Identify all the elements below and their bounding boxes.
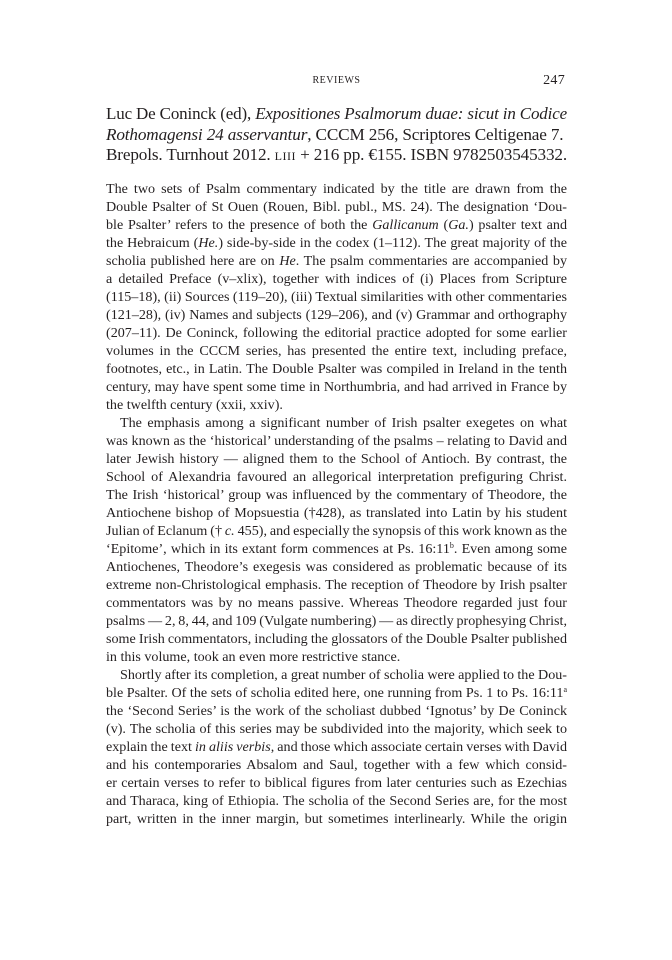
running-title: REVIEWS (106, 75, 567, 86)
citation-series: , CCCM 256, Scriptores Celtigenae 7. (307, 125, 563, 144)
page-number: 247 (543, 73, 565, 89)
review-body: The two sets of Psalm commentary indicat… (106, 180, 567, 828)
body-line: in this volume, took an even more restri… (106, 648, 567, 666)
body-line: explain the text in aliis verbis, and th… (106, 738, 567, 756)
body-line: psalms — 2, 8, 44, and 109 (Vulgate numb… (106, 612, 567, 630)
body-line: part, written in the inner margin, but s… (106, 810, 567, 828)
body-line: a detailed Preface (v–xlix), together wi… (106, 270, 567, 288)
body-line: Antiochene bishop of Mopsuestia (†428), … (106, 504, 567, 522)
body-line: The two sets of Psalm commentary indicat… (106, 180, 567, 198)
citation-line-1: Luc De Coninck (ed), Expositiones Psalmo… (106, 104, 561, 125)
body-line: er certain verses to refer to biblical f… (106, 774, 567, 792)
body-line: (115–18), (ii) Sources (119–20), (iii) T… (106, 288, 567, 306)
running-head: REVIEWS 247 (106, 74, 567, 90)
body-line: scholia published here are on He. The ps… (106, 252, 567, 270)
body-line: the twelfth century (xxii, xxiv). (106, 396, 567, 414)
review-citation: Luc De Coninck (ed), Expositiones Psalmo… (106, 104, 567, 166)
body-line: School of Alexandria favoured an allegor… (106, 468, 567, 486)
body-line: ble Psalter. Of the sets of scholia edit… (106, 684, 567, 702)
body-line: footnotes, etc., in Latin. The Double Ps… (106, 360, 567, 378)
citation-publisher: Brepols. Turnhout 2012. (106, 145, 275, 164)
body-line: (207–11). De Coninck, following the edit… (106, 324, 567, 342)
body-line: ‘Epitome’, which in its extant form comm… (106, 540, 567, 558)
body-line: volumes in the CCCM series, has presente… (106, 342, 567, 360)
citation-title-part-1: Expositiones Psalmorum duae: sicut in Co… (255, 104, 567, 123)
body-line: and his contemporaries Absalom and Saul,… (106, 756, 567, 774)
citation-roman-pages: LIII (275, 145, 296, 164)
body-line: and Tharaca, king of Ethiopia. The schol… (106, 792, 567, 810)
citation-title-part-2: Rothomagensi 24 asservantur (106, 125, 307, 144)
body-line: ble Psalter’ refers to the presence of b… (106, 216, 567, 234)
body-line: Shortly after its completion, a great nu… (106, 666, 567, 684)
body-line: Julian of Eclanum († c. 455), and especi… (106, 522, 567, 540)
body-line: some Irish commentators, including the g… (106, 630, 567, 648)
body-line: later Jewish history — aligned them to t… (106, 450, 567, 468)
body-line: Antiochenes, Theodore’s exegesis was con… (106, 558, 567, 576)
body-line: The emphasis among a significant number … (106, 414, 567, 432)
body-line: Double Psalter of St Ouen (Rouen, Bibl. … (106, 198, 567, 216)
body-line: extreme non-Christological emphasis. The… (106, 576, 567, 594)
citation-details: + 216 pp. €155. ISBN 9782503545332. (296, 145, 567, 164)
body-line: (121–28), (iv) Names and subjects (129–2… (106, 306, 567, 324)
body-line: the ‘Second Series’ is the work of the s… (106, 702, 567, 720)
citation-line-2: Rothomagensi 24 asservantur, CCCM 256, S… (106, 125, 567, 146)
body-line: (v). The scholia of this series may be s… (106, 720, 567, 738)
footnote-marker: a (563, 685, 567, 694)
body-line: century, may have spent some time in Nor… (106, 378, 567, 396)
citation-line-3: Brepols. Turnhout 2012. LIII + 216 pp. €… (106, 145, 567, 166)
citation-author: Luc De Coninck (ed), (106, 104, 255, 123)
body-line: the Hebraicum (He.) side-by-side in the … (106, 234, 567, 252)
body-line: commentators was by no means passive. Wh… (106, 594, 567, 612)
body-line: The Irish ‘historical’ group was influen… (106, 486, 567, 504)
body-line: was known as the ‘historical’ understand… (106, 432, 567, 450)
